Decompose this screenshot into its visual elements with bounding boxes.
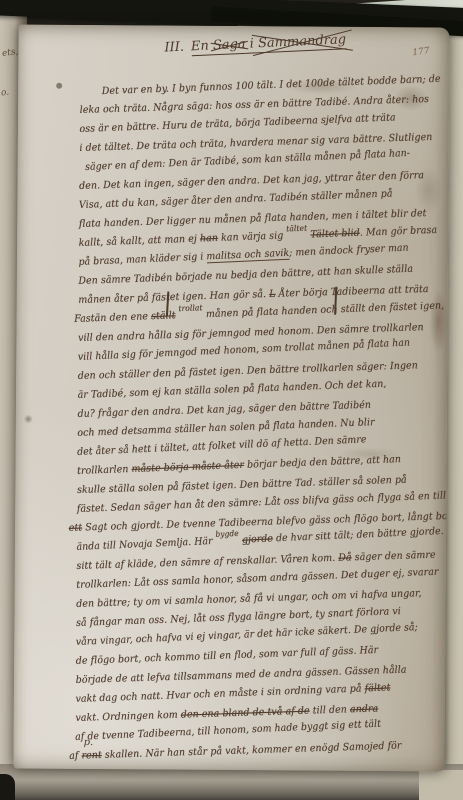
text-segment: af: [69, 750, 82, 761]
stray-pen-mark: p.: [84, 737, 94, 748]
ink-dot: [56, 83, 62, 89]
text-segment: säger den sämre: [351, 550, 435, 564]
text-segment: till den: [309, 704, 350, 716]
text-segment: ställt: [151, 310, 176, 322]
text-segment: Tältet blid: [310, 228, 360, 241]
manuscript-lines: Det var en by. I byn funnos 100 tält. I …: [75, 82, 449, 769]
text-segment: på brasa, man kläder sig i: [78, 251, 206, 268]
text-segment: Saga: [213, 37, 246, 55]
text-segment: de hvar sitt tält; den bättre gjorde.: [273, 526, 444, 544]
manuscript-photo: ets, o. 177 III.En Saga i Sammandrag Det…: [0, 0, 463, 800]
text-segment: tältet: [286, 219, 308, 239]
text-segment: kallt, så kallt, att man ej: [78, 233, 200, 248]
text-segment: En: [191, 38, 214, 56]
chapter-title: III.En Saga i Sammandrag: [164, 32, 346, 55]
text-segment: månen på flata handen och ställt den fäs…: [203, 300, 445, 320]
text-segment: bygde: [215, 524, 239, 544]
text-segment: i: [245, 36, 258, 54]
cover-corner-spot: [0, 774, 15, 800]
text-segment: vakt. Ordningen kom: [75, 710, 181, 724]
text-segment: malitsa och savik: [206, 248, 289, 264]
chapter-numeral: III.: [164, 40, 184, 56]
text-segment: han: [200, 233, 218, 245]
text-segment: ända till Novaja Semlja. Här: [76, 536, 216, 553]
bottom-page-corner: [419, 770, 463, 800]
text-segment: Fastän den ene: [74, 311, 151, 325]
ink-dot: [24, 415, 33, 424]
text-segment: Då: [338, 552, 352, 563]
text-segment: fältet: [364, 682, 390, 694]
manuscript-page: 177 III.En Saga i Sammandrag Det var en …: [13, 25, 449, 772]
text-segment: trollkarlen: [77, 464, 132, 477]
text-segment: måste börja måste åter: [131, 460, 244, 475]
chapter-title-words: En Saga i Sammandrag: [191, 32, 347, 56]
edge-writing-fragment: o.: [0, 87, 9, 98]
text-segment: andra: [350, 703, 379, 715]
text-segment: . Man gör brasa: [360, 225, 438, 239]
page-number: 177: [412, 46, 430, 58]
text-segment: ; men ändock fryser man: [289, 243, 409, 259]
text-segment: ett: [69, 522, 83, 533]
edge-writing-fragment: ets,: [1, 47, 19, 59]
text-segment: trollat: [178, 298, 203, 318]
text-segment: gjorde: [242, 533, 273, 545]
text-segment: skallen. När han står på vakt, kommer en…: [102, 740, 402, 760]
text-segment: rent: [81, 750, 102, 762]
text-segment: kan värja sig: [218, 230, 287, 244]
text-segment: börjar bedja den bättre, att han: [244, 454, 401, 471]
text-segment: Sammandrag: [258, 32, 347, 53]
